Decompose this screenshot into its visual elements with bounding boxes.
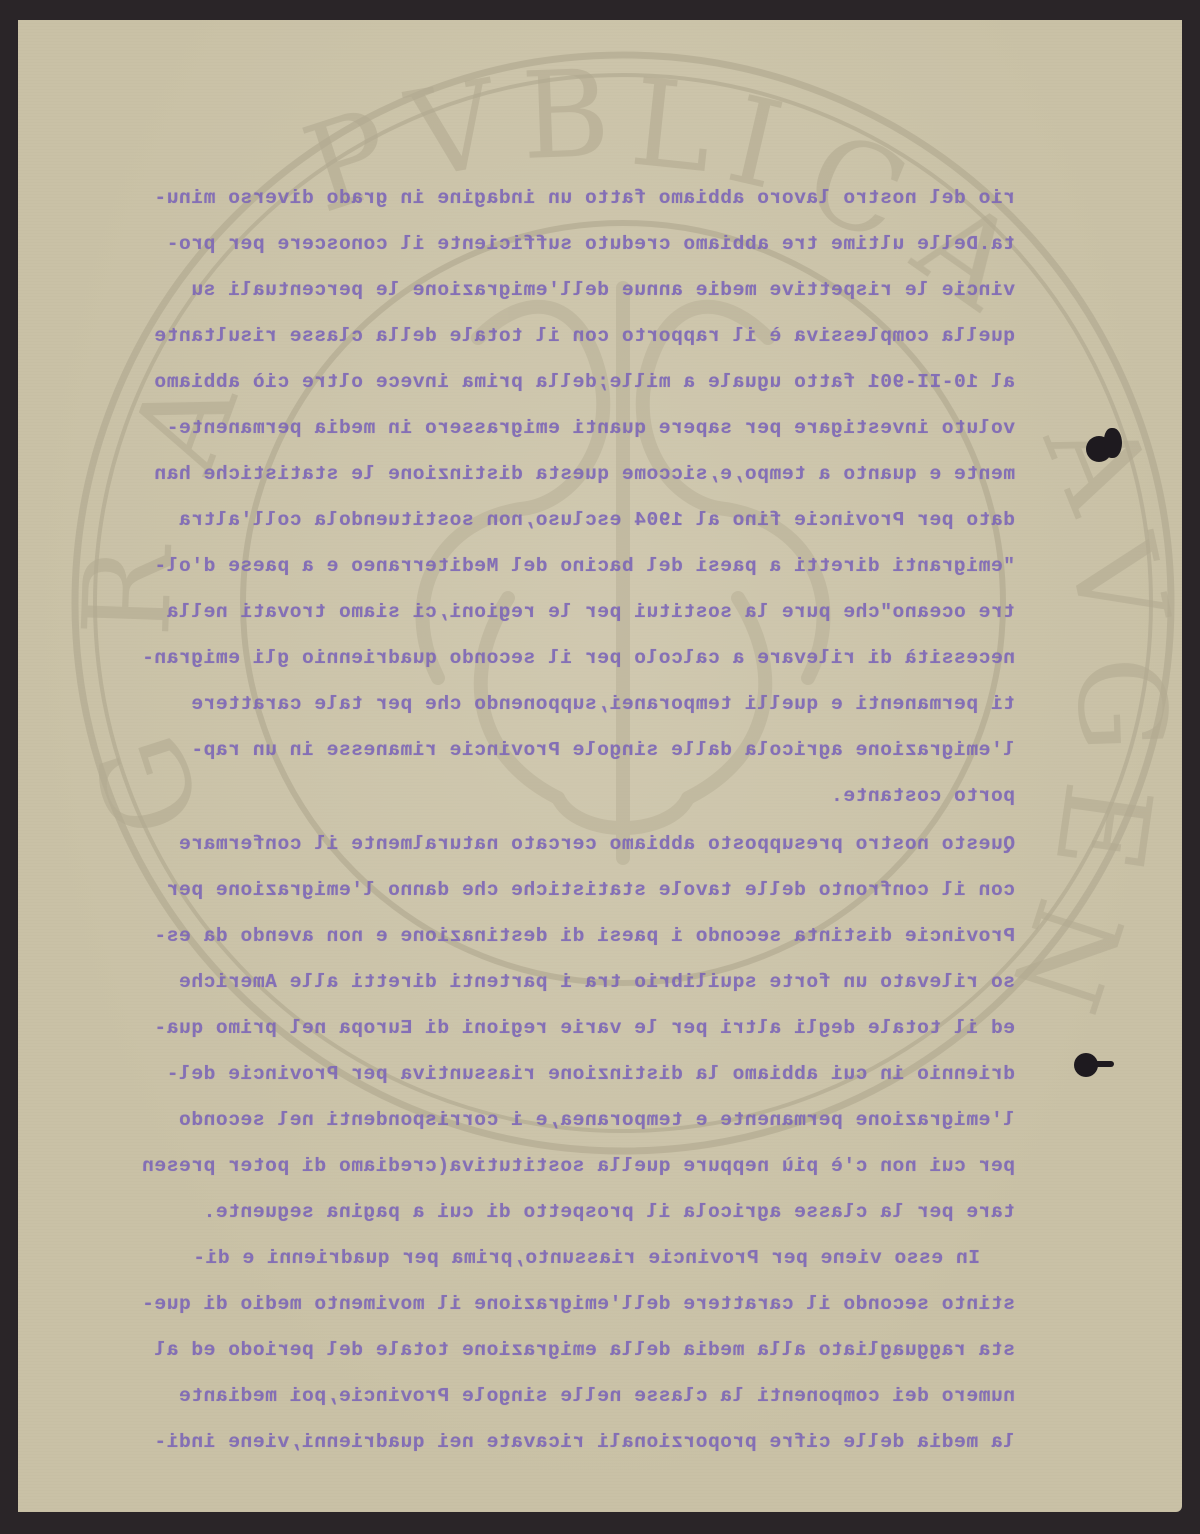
text-line: sta ragguagliato alla media della emigra…	[154, 1338, 1015, 1362]
text-line: voluto investigare per sapere quanti emi…	[166, 416, 1015, 440]
text-line: per cui non c'è più neppure quella sosti…	[142, 1154, 1015, 1178]
mirrored-typewritten-text: rio del nostro lavoro abbiamo fatto un i…	[0, 0, 1200, 1534]
text-line: stinto secondo il carattere dell'emigraz…	[142, 1292, 1015, 1316]
text-line: ta.Delle ultime tre abbiamo creduto suff…	[166, 232, 1015, 256]
ink-blot	[1104, 428, 1122, 458]
text-line: la media delle cifre proporzionali ricav…	[154, 1430, 1015, 1454]
text-line: porto costante.	[830, 784, 1015, 808]
text-line: l'emigrazione agricola dalle singole Pro…	[191, 738, 1015, 762]
text-line: Questo nostro presupposto abbiamo cercat…	[178, 832, 1015, 856]
text-line: necessità di rilevare a calcolo per il s…	[142, 646, 1015, 670]
text-line: tare per la classe agricola il prospetto…	[203, 1200, 1015, 1224]
text-line: numero dei componenti la classe nelle si…	[178, 1384, 1015, 1408]
ink-blot	[1094, 1061, 1114, 1067]
text-line: Provincie distinta secondo i paesi di de…	[154, 924, 1015, 948]
text-line: ed il totale degli altri per le varie re…	[154, 1016, 1015, 1040]
text-line: vincie le rispettive medie annue dell'em…	[191, 278, 1015, 302]
text-line: al 10-II-901 fatto uguale a mille;della …	[154, 370, 1015, 394]
text-line: l'emigrazione permanente e temporanea,e …	[178, 1108, 1015, 1132]
text-line: dato per Provincie fino al 1904 escluso,…	[178, 508, 1015, 532]
text-line: rio del nostro lavoro abbiamo fatto un i…	[154, 186, 1015, 210]
text-line: "emigranti diretti a paesi del bacino de…	[154, 554, 1015, 578]
text-line: quella complessiva è il rapporto con il …	[154, 324, 1015, 348]
text-line: driennio in cui abbiamo la distinzione r…	[166, 1062, 1015, 1086]
text-line: con il confronto delle tavole statistich…	[166, 878, 1015, 902]
text-line: so rilevato un forte squilibrio tra i pa…	[178, 970, 1015, 994]
text-line: ti permanenti e quelli temporanei,suppon…	[191, 692, 1015, 716]
text-line: tre oceano"che pure la sostitui per le r…	[166, 600, 1015, 624]
text-line: In esso viene per Provincie riassunto,pr…	[193, 1246, 980, 1270]
text-line: mente e quanto a tempo,e,siccome questa …	[154, 462, 1015, 486]
